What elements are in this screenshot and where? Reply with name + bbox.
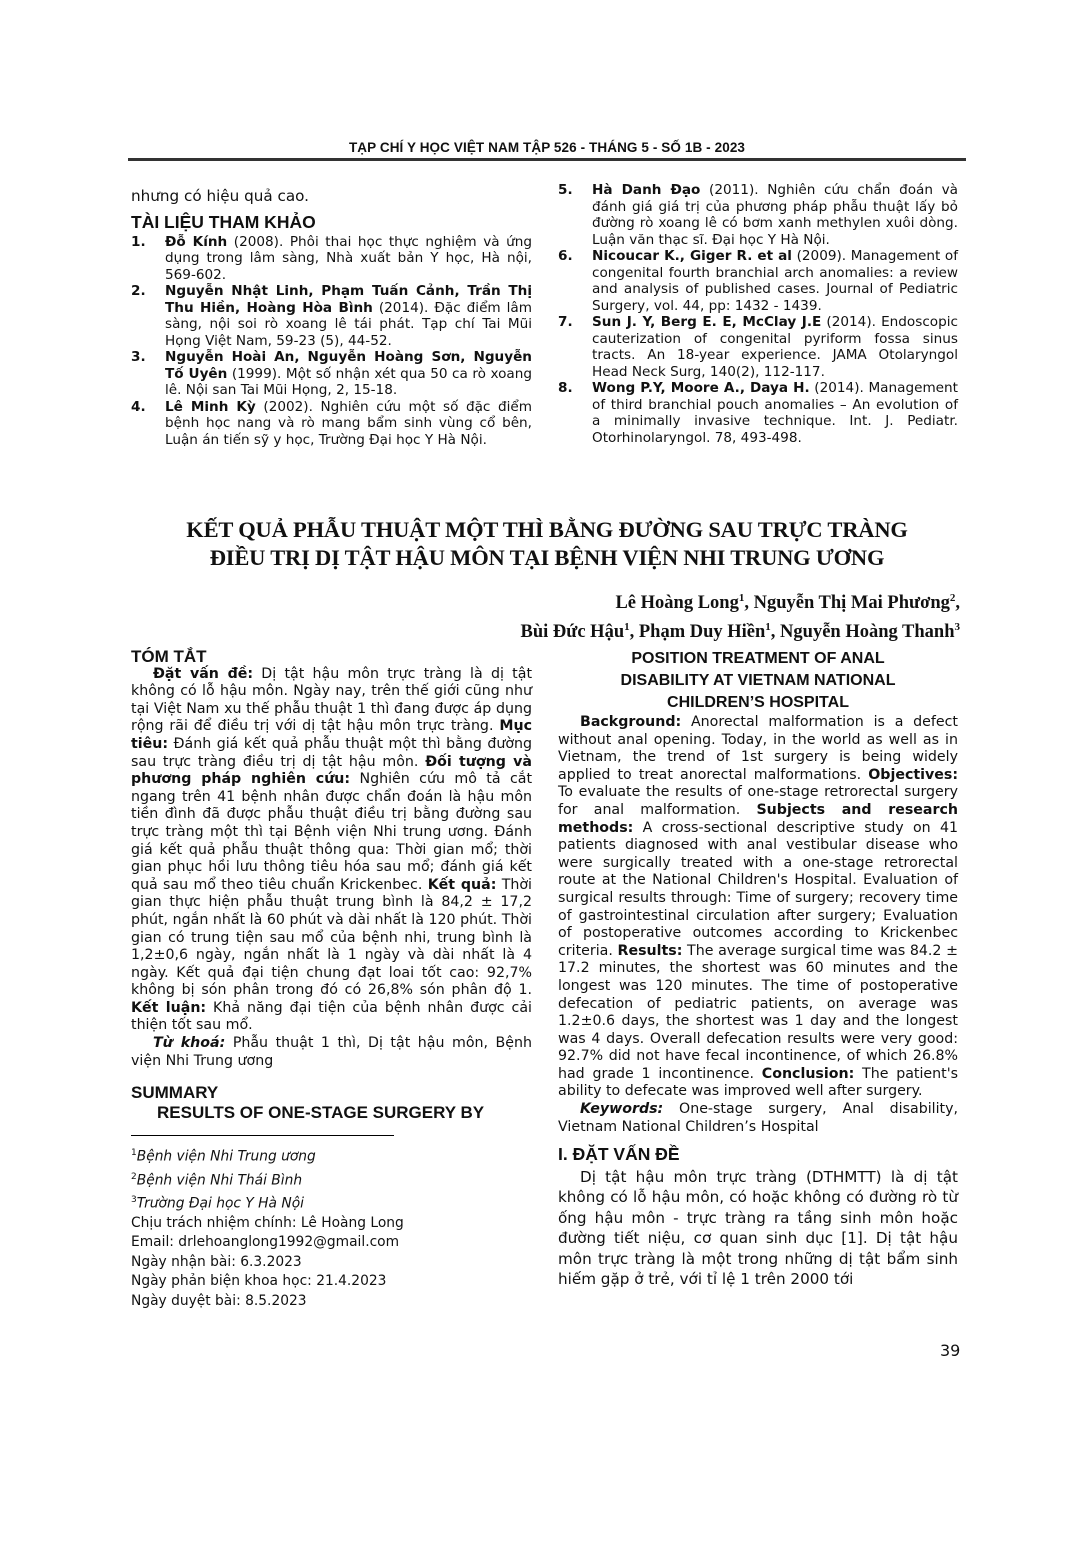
reference-authors: Sun J. Y, Berg E. E, McClay J.E: [592, 314, 821, 330]
author-list: Lê Hoàng Long1, Nguyễn Thị Mai Phương2, …: [400, 586, 960, 644]
reference-authors: Lê Minh Kỳ: [165, 399, 256, 415]
references-left-column: nhưng có hiệu quả cao. TÀI LIỆU THAM KHẢ…: [131, 186, 532, 448]
reference-item: 7.Sun J. Y, Berg E. E, McClay J.E (2014)…: [558, 314, 958, 380]
reference-number: 6.: [558, 248, 592, 314]
previous-article-tail: nhưng có hiệu quả cao.: [131, 186, 532, 206]
vietnamese-abstract-column: TÓM TẮT Đặt vấn đề: Dị tật hậu môn trực …: [131, 648, 532, 1311]
keywords-label: Từ khoá:: [153, 1035, 225, 1051]
footnote-rule: [131, 1135, 394, 1136]
affiliation: Trường Đại học Y Hà Nội: [137, 1195, 304, 1211]
reference-authors: Wong P.Y, Moore A., Daya H.: [592, 380, 810, 396]
english-abstract-body: Background: Anorectal malformation is a …: [558, 714, 958, 1101]
references-heading: TÀI LIỆU THAM KHẢO: [131, 214, 532, 231]
english-title-line: POSITION TREATMENT OF ANAL: [558, 648, 958, 669]
english-title-line: DISABILITY AT VIETNAM NATIONAL: [558, 670, 958, 691]
affiliation: Bệnh viện Nhi Thái Bình: [137, 1172, 302, 1188]
abstract-text: A cross-sectional descriptive study on 4…: [558, 820, 958, 959]
reference-item: 6.Nicoucar K., Giger R. et al (2009). Ma…: [558, 248, 958, 314]
article-title-line: KẾT QUẢ PHẪU THUẬT MỘT THÌ BẰNG ĐƯỜNG SA…: [128, 516, 966, 544]
label-results: Kết quả:: [428, 877, 497, 893]
article-title: KẾT QUẢ PHẪU THUẬT MỘT THÌ BẰNG ĐƯỜNG SA…: [128, 516, 966, 572]
page-number: 39: [940, 1341, 960, 1360]
summary-heading: SUMMARY: [131, 1084, 532, 1102]
reference-item: 4.Lê Minh Kỳ (2002). Nghiên cứu một số đ…: [131, 399, 532, 449]
section-heading: I. ĐẶT VẤN ĐỀ: [558, 1146, 958, 1164]
reference-authors: Đỗ Kính: [165, 234, 227, 250]
email: Email: drlehoanglong1992@gmail.com: [131, 1233, 532, 1253]
reference-number: 7.: [558, 314, 592, 380]
english-keywords: Keywords: One-stage surgery, Anal disabi…: [558, 1101, 958, 1136]
label-background: Đặt vấn đề:: [153, 666, 253, 682]
author-separator: ,: [630, 622, 639, 642]
accepted-date: Ngày duyệt bài: 8.5.2023: [131, 1292, 532, 1312]
label-objectives: Objectives:: [868, 767, 958, 783]
abstract-text: Thời gian thực hiện phẫu thuật trung bìn…: [131, 877, 532, 999]
abstract-text: The average surgical time was 84.2 ± 17.…: [558, 943, 958, 1082]
author-name: Nguyễn Hoàng Thanh: [780, 622, 954, 642]
received-date: Ngày nhận bài: 6.3.2023: [131, 1253, 532, 1273]
article-title-line: ĐIỀU TRỊ DỊ TẬT HẬU MÔN TẠI BỆNH VIỆN NH…: [128, 544, 966, 572]
author-name: Nguyễn Thị Mai Phương: [754, 593, 950, 613]
reference-item: 8.Wong P.Y, Moore A., Daya H. (2014). Ma…: [558, 380, 958, 446]
references-right-column: 5.Hà Danh Đạo (2011). Nghiên cứu chẩn đo…: [558, 182, 958, 446]
reference-number: 1.: [131, 234, 165, 284]
author-name: Phạm Duy Hiền: [639, 622, 765, 642]
author-name: Lê Hoàng Long: [615, 593, 738, 613]
reference-authors: Nicoucar K., Giger R. et al: [592, 248, 792, 264]
vietnamese-keywords: Từ khoá: Phẫu thuật 1 thì, Dị tật hậu mô…: [131, 1035, 532, 1070]
reference-authors: Hà Danh Đạo: [592, 182, 700, 198]
author-separator: ,: [744, 593, 753, 613]
reference-number: 5.: [558, 182, 592, 248]
reference-number: 4.: [131, 399, 165, 449]
review-date: Ngày phản biện khoa học: 21.4.2023: [131, 1272, 532, 1292]
reference-number: 8.: [558, 380, 592, 446]
vietnamese-abstract-body: Đặt vấn đề: Dị tật hậu môn trực tràng là…: [131, 666, 532, 1035]
author-separator: ,: [771, 622, 780, 642]
english-abstract-column: POSITION TREATMENT OF ANAL DISABILITY AT…: [558, 648, 958, 1290]
abstract-heading: TÓM TẮT: [131, 648, 532, 666]
abstract-text: Nghiên cứu mô tả cắt ngang trên 41 bệnh …: [131, 771, 532, 893]
label-conclusion: Kết luận:: [131, 1000, 206, 1016]
reference-item: 2.Nguyễn Nhật Linh, Phạm Tuấn Cảnh, Trần…: [131, 283, 532, 349]
affiliation: Bệnh viện Nhi Trung ương: [137, 1149, 316, 1165]
affiliation-marker: 3: [955, 621, 961, 633]
footnotes: 1Bệnh viện Nhi Trung ương 2Bệnh viện Nhi…: [131, 1144, 532, 1311]
label-conclusion: Conclusion:: [762, 1066, 854, 1082]
section-body: Dị tật hậu môn trực tràng (DTHMTT) là dị…: [558, 1167, 958, 1290]
reference-item: 1.Đỗ Kính (2008). Phôi thai học thực ngh…: [131, 234, 532, 284]
reference-number: 2.: [131, 283, 165, 349]
corresponding-author: Chịu trách nhiệm chính: Lê Hoàng Long: [131, 1214, 532, 1234]
label-background: Background:: [580, 714, 681, 730]
author-name: Bùi Đức Hậu: [520, 622, 624, 642]
english-title-line: CHILDREN’S HOSPITAL: [558, 692, 958, 713]
label-results: Results:: [618, 943, 683, 959]
header-rule: [128, 158, 966, 161]
reference-item: 3.Nguyễn Hoài An, Nguyễn Hoàng Sơn, Nguy…: [131, 349, 532, 399]
reference-number: 3.: [131, 349, 165, 399]
author-separator: ,: [955, 593, 960, 613]
reference-item: 5.Hà Danh Đạo (2011). Nghiên cứu chẩn đo…: [558, 182, 958, 248]
english-title-line: RESULTS OF ONE-STAGE SURGERY BY: [131, 1104, 532, 1122]
journal-header: TẠP CHÍ Y HỌC VIỆT NAM TẬP 526 - THÁNG 5…: [128, 140, 966, 155]
keywords-label: Keywords:: [580, 1101, 663, 1117]
